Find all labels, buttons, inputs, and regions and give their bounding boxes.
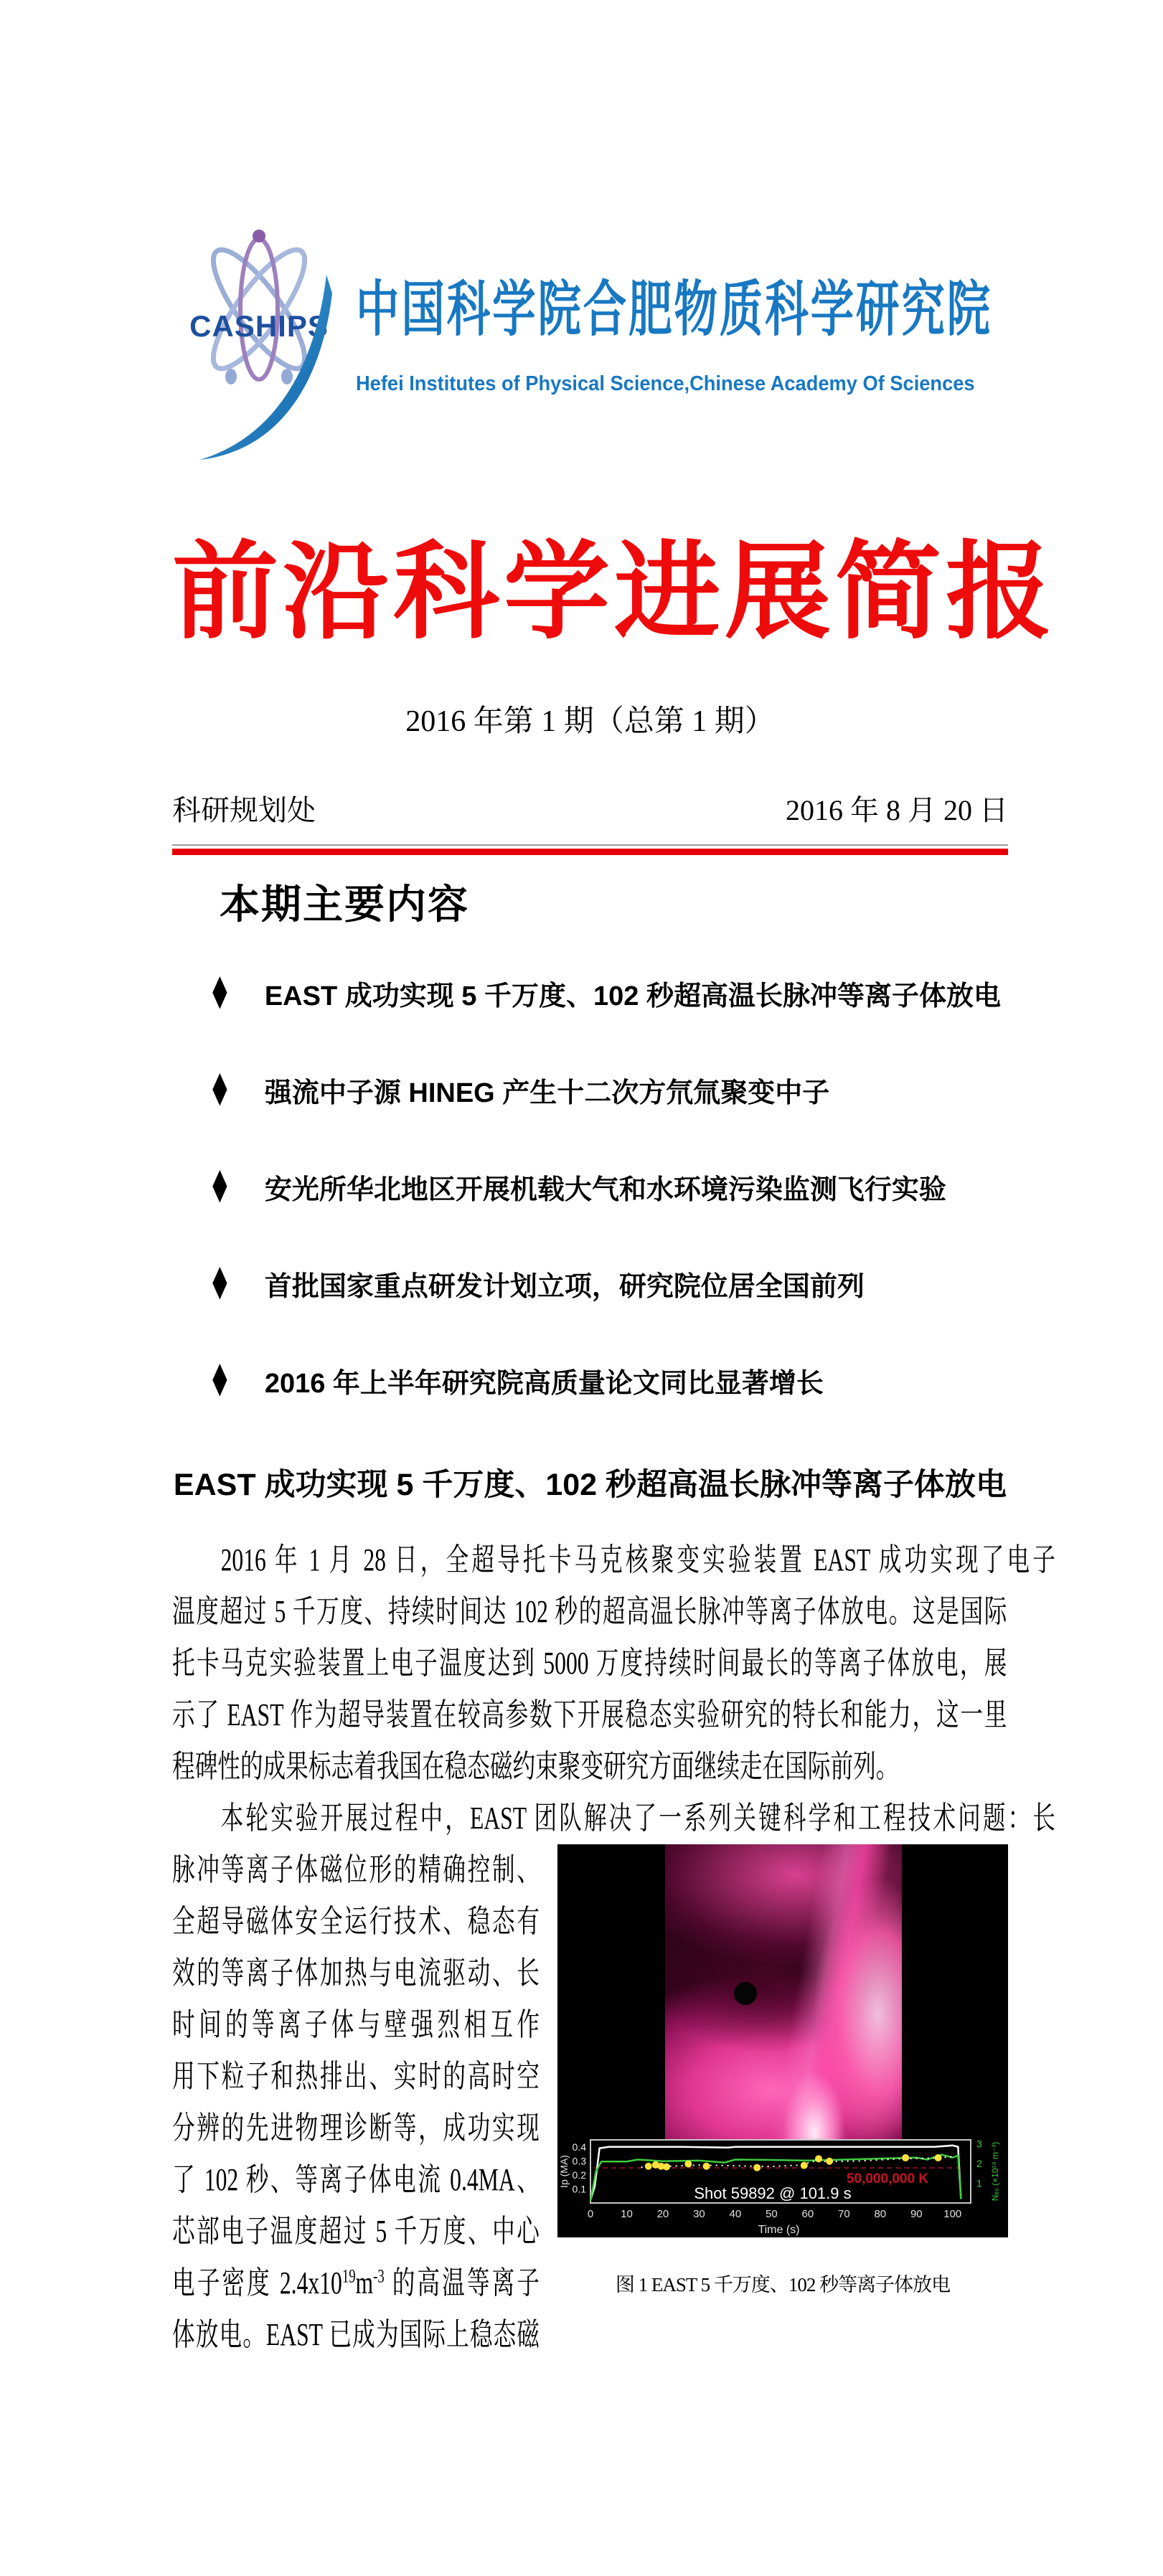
svg-text:50,000,000 K: 50,000,000 K bbox=[847, 2171, 928, 2186]
header-rule bbox=[172, 844, 1008, 855]
masthead-title: 前沿科学进展简报 bbox=[172, 493, 1008, 702]
text-figure-wrap: 脉冲等离子体磁位形的精确控制、 全超导磁体安全运行技术、稳态有 效的等离子体加热… bbox=[172, 1844, 1008, 2361]
svg-text:0: 0 bbox=[588, 2208, 593, 2220]
svg-text:1: 1 bbox=[976, 2178, 982, 2189]
svg-text:Shot 59892 @ 101.9 s: Shot 59892 @ 101.9 s bbox=[694, 2184, 851, 2202]
toc-item: ♦ 安光所华北地区开展机载大气和水环境污染监测飞行实验 bbox=[204, 1167, 1008, 1207]
diamond-bullet-icon: ♦ bbox=[208, 971, 231, 1016]
body-line: 体放电。EAST 已成为国际上稳态磁 bbox=[172, 2309, 540, 2361]
svg-text:40: 40 bbox=[730, 2208, 742, 2220]
body-line: 托卡马克实验装置上电子温度达到 5000 万度持续时间最长的等离子体放电，展 bbox=[172, 1638, 1007, 1689]
svg-text:3: 3 bbox=[976, 2138, 982, 2150]
issue-date: 2016 年 8 月 20 日 bbox=[786, 788, 1008, 829]
svg-text:Nₑ₀ (×10¹⁹ m⁻³): Nₑ₀ (×10¹⁹ m⁻³) bbox=[990, 2142, 1000, 2202]
toc-item: ♦ 首批国家重点研发计划立项，研究院位居全国前列 bbox=[204, 1264, 1008, 1303]
svg-text:0.3: 0.3 bbox=[573, 2156, 587, 2167]
org-name-en: Hefei Institutes of Physical Science,Chi… bbox=[356, 372, 1163, 396]
left-text-column: 脉冲等离子体磁位形的精确控制、 全超导磁体安全运行技术、稳态有 效的等离子体加热… bbox=[172, 1844, 541, 2361]
density-unit-exponent: -3 bbox=[373, 2266, 385, 2287]
bulletin-page: CASHIPS 中国科学院合肥物质科学研究院 Hefei Institutes … bbox=[0, 0, 1163, 2576]
svg-text:0.1: 0.1 bbox=[573, 2184, 587, 2195]
body-line: 脉冲等离子体磁位形的精确控制、 bbox=[172, 1844, 540, 1896]
body-line: 用下粒子和热排出、实时的高时空 bbox=[172, 2051, 540, 2103]
thin-rule bbox=[172, 844, 1008, 846]
svg-text:50: 50 bbox=[766, 2208, 778, 2220]
diamond-bullet-icon: ♦ bbox=[208, 1261, 231, 1306]
toc-list: ♦ EAST 成功实现 5 千万度、102 秒超高温长脉冲等离子体放电 ♦ 强流… bbox=[172, 973, 1008, 1400]
density-unit: m bbox=[356, 2265, 374, 2301]
density-exponent: 19 bbox=[342, 2266, 356, 2287]
toc-heading: 本期主要内容 bbox=[220, 882, 1008, 927]
toc-item-label: 首批国家重点研发计划立项，研究院位居全国前列 bbox=[265, 1264, 865, 1303]
red-rule bbox=[172, 849, 1008, 855]
atom-icon bbox=[199, 230, 319, 384]
brand-header: CASHIPS 中国科学院合肥物质科学研究院 Hefei Institutes … bbox=[185, 203, 1008, 467]
toc-item-label: 2016 年上半年研究院高质量论文同比显著增长 bbox=[265, 1361, 824, 1400]
svg-text:70: 70 bbox=[838, 2208, 850, 2220]
svg-text:30: 30 bbox=[693, 2208, 705, 2220]
toc-item: ♦ EAST 成功实现 5 千万度、102 秒超高温长脉冲等离子体放电 bbox=[204, 973, 1008, 1013]
svg-text:100: 100 bbox=[943, 2208, 961, 2220]
body-line: 本轮实验开展过程中，EAST 团队解决了一系列关键科学和工程技术问题：长 bbox=[172, 1793, 1055, 1844]
logo-acronym: CASHIPS bbox=[189, 309, 329, 343]
article-paragraph-1: 2016 年 1 月 28 日，全超导托卡马克核聚变实验装置 EAST 成功实现… bbox=[172, 1534, 1008, 1793]
svg-text:90: 90 bbox=[910, 2208, 923, 2220]
svg-text:Ip (MA): Ip (MA) bbox=[558, 2155, 570, 2188]
svg-text:0.2: 0.2 bbox=[573, 2169, 587, 2181]
body-line: 时间的等离子体与壁强烈相互作 bbox=[172, 1999, 540, 2051]
body-line: 温度超过 5 千万度、持续时间达 102 秒的超高温长脉冲等离子体放电。这是国际 bbox=[172, 1586, 1007, 1638]
figure-caption: 图 1 EAST 5 千万度、102 秒等离子体放电 bbox=[557, 2269, 1008, 2297]
body-line-density: 电子密度 2.4x1019m-3 的高温等离子 bbox=[172, 2257, 540, 2309]
caships-logo: CASHIPS bbox=[185, 203, 333, 467]
figure-1: 0102030405060708090100Time (s)0.10.20.30… bbox=[557, 1844, 1008, 2297]
body-line: 分辨的先进物理诊断等，成功实现 bbox=[172, 2103, 540, 2154]
meta-row: 科研规划处 2016 年 8 月 20 日 bbox=[172, 788, 1008, 829]
discharge-chart: 0102030405060708090100Time (s)0.10.20.30… bbox=[557, 2137, 1008, 2237]
density-post: 的高温等离子 bbox=[385, 2265, 540, 2301]
plasma-photo bbox=[665, 1844, 902, 2151]
svg-text:10: 10 bbox=[621, 2208, 633, 2220]
article-title: EAST 成功实现 5 千万度、102 秒超高温长脉冲等离子体放电 bbox=[172, 1461, 1008, 1504]
body-line: 2016 年 1 月 28 日，全超导托卡马克核聚变实验装置 EAST 成功实现… bbox=[172, 1534, 1055, 1586]
body-line: 程碑性的成果标志着我国在稳态磁约束聚变研究方面继续走在国际前列。 bbox=[172, 1741, 1007, 1793]
svg-text:80: 80 bbox=[874, 2208, 886, 2220]
body-line: 效的等离子体加热与电流驱动、长 bbox=[172, 1948, 540, 1999]
svg-text:60: 60 bbox=[802, 2208, 814, 2220]
brand-text: 中国科学院合肥物质科学研究院 Hefei Institutes of Physi… bbox=[356, 203, 1163, 396]
density-pre: 电子密度 2.4x10 bbox=[172, 2265, 342, 2301]
diamond-bullet-icon: ♦ bbox=[208, 1067, 231, 1113]
toc-item: ♦ 强流中子源 HINEG 产生十二次方氘氚聚变中子 bbox=[204, 1070, 1008, 1110]
diamond-bullet-icon: ♦ bbox=[208, 1358, 231, 1403]
org-name-cn: 中国科学院合肥物质科学研究院 bbox=[356, 278, 1027, 341]
svg-text:2: 2 bbox=[976, 2158, 982, 2169]
svg-text:Time (s): Time (s) bbox=[758, 2224, 799, 2236]
issue-line: 2016 年第 1 期（总第 1 期） bbox=[172, 702, 1008, 742]
issuing-department: 科研规划处 bbox=[172, 788, 316, 829]
svg-text:20: 20 bbox=[657, 2208, 669, 2220]
toc-item-label: EAST 成功实现 5 千万度、102 秒超高温长脉冲等离子体放电 bbox=[265, 973, 1001, 1013]
figure-image: 0102030405060708090100Time (s)0.10.20.30… bbox=[557, 1844, 1008, 2237]
toc-item-label: 强流中子源 HINEG 产生十二次方氘氚聚变中子 bbox=[265, 1070, 829, 1110]
body-line: 示了 EAST 作为超导装置在较高参数下开展稳态实验研究的特长和能力，这一里 bbox=[172, 1689, 1007, 1741]
diamond-bullet-icon: ♦ bbox=[208, 1164, 231, 1209]
svg-text:0.4: 0.4 bbox=[573, 2141, 587, 2153]
body-line: 了 102 秒、等离子体电流 0.4MA、 bbox=[172, 2154, 540, 2206]
toc-item-label: 安光所华北地区开展机载大气和水环境污染监测飞行实验 bbox=[265, 1167, 946, 1207]
article-paragraph-2: 本轮实验开展过程中，EAST 团队解决了一系列关键科学和工程技术问题：长 脉冲等… bbox=[172, 1793, 1008, 2361]
body-line: 芯部电子温度超过 5 千万度、中心 bbox=[172, 2206, 540, 2257]
toc-item: ♦ 2016 年上半年研究院高质量论文同比显著增长 bbox=[204, 1361, 1008, 1400]
body-line: 全超导磁体安全运行技术、稳态有 bbox=[172, 1896, 540, 1948]
